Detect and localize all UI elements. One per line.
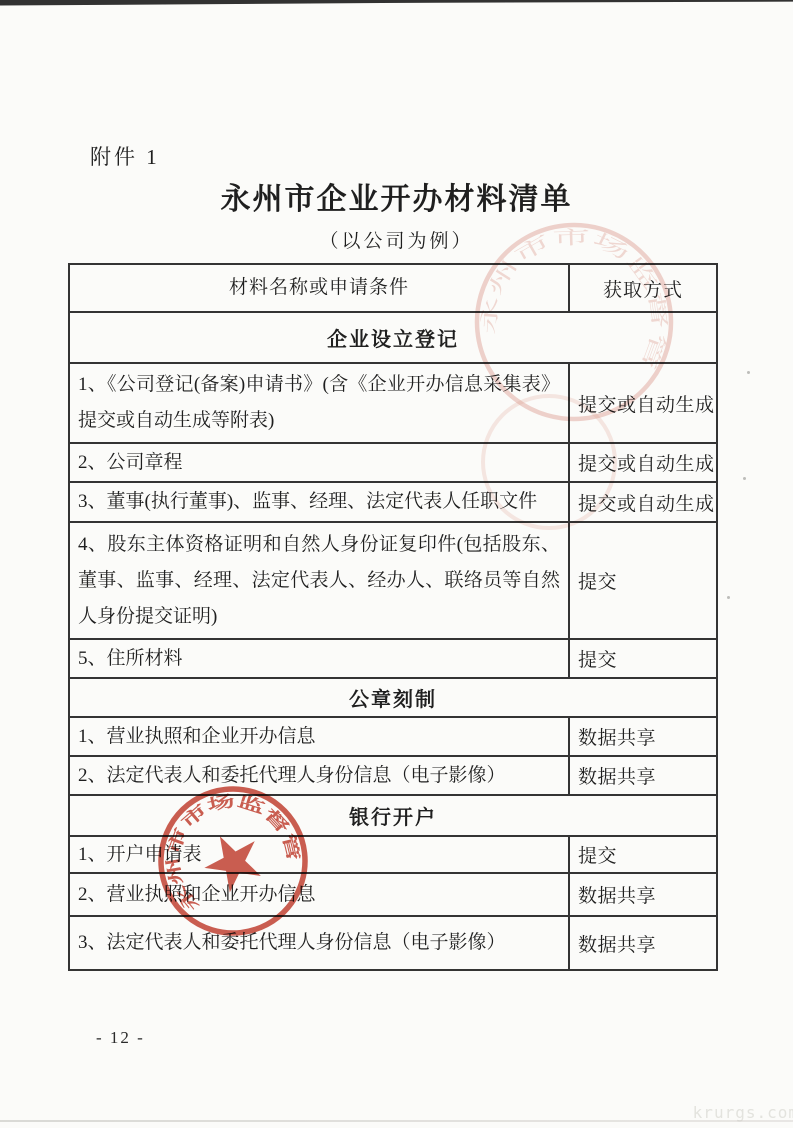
- table-header-row: 材料名称或申请条件获取方式: [70, 265, 716, 313]
- table-row: 3、董事(执行董事)、监事、经理、法定代表人任职文件提交或自动生成: [70, 483, 716, 523]
- method-value: 提交或自动生成: [570, 483, 716, 521]
- scan-edge-artifact-top: [0, 0, 793, 6]
- method-value: 提交: [570, 523, 716, 638]
- method-value: 数据共享: [570, 874, 716, 915]
- scan-speck: [747, 371, 750, 374]
- table-section-row: 企业设立登记: [70, 313, 716, 364]
- page-title: 永州市企业开办材料清单: [0, 174, 793, 218]
- table-row: 4、股东主体资格证明和自然人身份证复印件(包括股东、董事、监事、经理、法定代表人…: [70, 523, 716, 640]
- scanned-document-page: { "page": { "attachment_label": "附件 1", …: [0, 0, 793, 1128]
- materials-table: 材料名称或申请条件获取方式企业设立登记1、《公司登记(备案)申请书》(含《企业开…: [68, 263, 718, 971]
- section-label: 企业设立登记: [70, 313, 716, 362]
- method-value: 提交或自动生成: [570, 444, 716, 481]
- method-value: 数据共享: [570, 718, 716, 755]
- method-value: 提交: [570, 640, 716, 677]
- method-value: 提交: [570, 837, 716, 872]
- table-row: 2、法定代表人和委托代理人身份信息（电子影像）数据共享: [70, 757, 716, 796]
- scan-speck: [743, 477, 746, 480]
- page-subtitle: （以公司为例）: [0, 226, 793, 253]
- table-row: 5、住所材料提交: [70, 640, 716, 679]
- column-header-method: 获取方式: [570, 265, 716, 311]
- section-label: 银行开户: [70, 796, 716, 835]
- table-row: 2、营业执照和企业开办信息数据共享: [70, 874, 716, 917]
- material-name: 4、股东主体资格证明和自然人身份证复印件(包括股东、董事、监事、经理、法定代表人…: [70, 523, 570, 638]
- material-name: 5、住所材料: [70, 640, 570, 677]
- table-row: 1、营业执照和企业开办信息数据共享: [70, 718, 716, 757]
- table-row: 2、公司章程提交或自动生成: [70, 444, 716, 483]
- material-name: 2、法定代表人和委托代理人身份信息（电子影像）: [70, 757, 570, 794]
- material-name: 3、法定代表人和委托代理人身份信息（电子影像）: [70, 917, 570, 969]
- table-row: 1、开户申请表提交: [70, 837, 716, 874]
- table-row: 1、《公司登记(备案)申请书》(含《企业开办信息采集表》提交或自动生成等附表)提…: [70, 364, 716, 444]
- material-name: 1、开户申请表: [70, 837, 570, 872]
- material-name: 3、董事(执行董事)、监事、经理、法定代表人任职文件: [70, 483, 570, 521]
- table-section-row: 银行开户: [70, 796, 716, 837]
- method-value: 数据共享: [570, 917, 716, 969]
- attachment-label: 附件 1: [90, 141, 160, 171]
- page-number: - 12 -: [96, 1028, 145, 1048]
- material-name: 1、营业执照和企业开办信息: [70, 718, 570, 755]
- material-name: 2、公司章程: [70, 444, 570, 481]
- method-value: 数据共享: [570, 757, 716, 794]
- section-label: 公章刻制: [70, 679, 716, 716]
- table-row: 3、法定代表人和委托代理人身份信息（电子影像）数据共享: [70, 917, 716, 969]
- scan-speck: [727, 596, 730, 599]
- column-header-name: 材料名称或申请条件: [70, 265, 570, 311]
- material-name: 2、营业执照和企业开办信息: [70, 874, 570, 915]
- scan-edge-artifact-bottom: [0, 1120, 793, 1122]
- material-name: 1、《公司登记(备案)申请书》(含《企业开办信息采集表》提交或自动生成等附表): [70, 364, 570, 442]
- method-value: 提交或自动生成: [570, 364, 716, 442]
- table-section-row: 公章刻制: [70, 679, 716, 718]
